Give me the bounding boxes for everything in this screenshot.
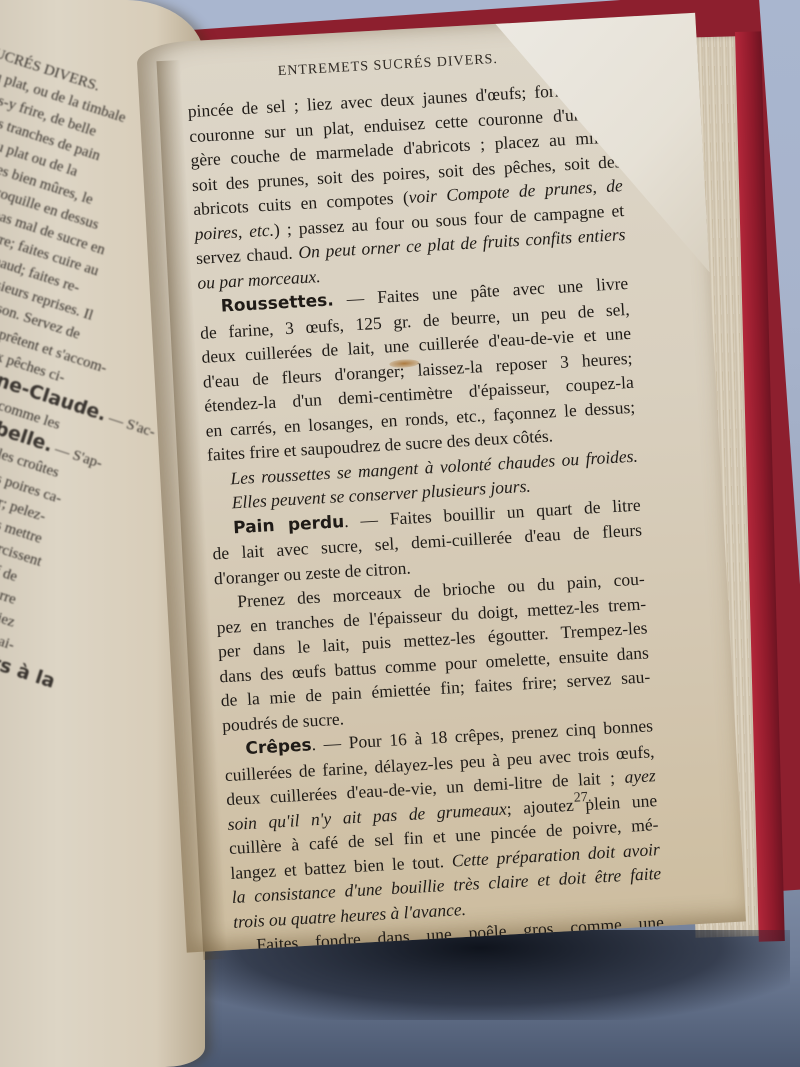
italic-segment: poires, etc. <box>194 219 274 243</box>
running-head: ENTREMETS SUCRÉS DIVERS. <box>277 52 498 80</box>
text-segment: servez chaud. <box>195 242 298 268</box>
left-section-text: — S'ac- <box>106 411 157 441</box>
right-page-text: pincée de sel ; liez avec deux jaunes d'… <box>187 75 667 952</box>
recipe-title: Crêpes <box>245 735 312 759</box>
signature-mark: 27. <box>573 790 591 807</box>
right-page: ENTREMETS SUCRÉS DIVERS. 477 pincée de s… <box>136 13 746 953</box>
recipe-title: Roussettes. <box>220 290 334 316</box>
recipe-title: Pain perdu <box>233 512 345 538</box>
italic-segment: ayez <box>624 765 656 787</box>
